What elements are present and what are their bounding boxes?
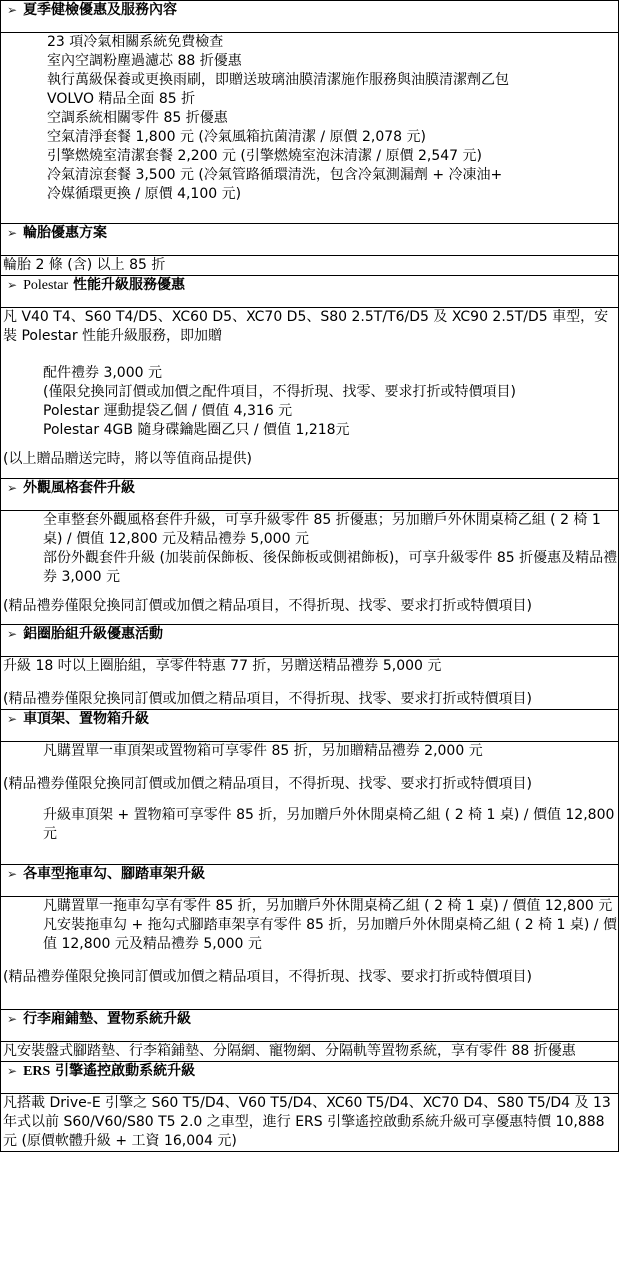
list-item: 全車整套外觀風格套件升級，可享升級零件 85 折優惠；另加贈戶外休閒桌椅乙組 (… <box>3 511 618 549</box>
section-header-ers: ➢ERS 引擎遙控啟動系統升級 <box>1 1062 619 1094</box>
arrow-bullet-icon: ➢ <box>7 481 17 495</box>
section-body-roof-rack: 凡購置單一車頂架或置物箱可享零件 85 折，另加贈精品禮券 2,000 元 (精… <box>1 742 619 865</box>
arrow-bullet-icon: ➢ <box>7 226 17 240</box>
section-body-tire: 輪胎 2 條 (含) 以上 85 折 <box>1 256 619 276</box>
section-text: 輪胎 2 條 (含) 以上 85 折 <box>3 257 165 273</box>
section-header-tow-hook: ➢各車型拖車勾、腳踏車架升級 <box>1 865 619 897</box>
section-title-prefix: ERS <box>23 1064 50 1079</box>
section-header-cargo-system: ➢行李廂鋪墊、置物系統升級 <box>1 1010 619 1042</box>
list-item: 冷媒循環更換 / 原價 4,100 元) <box>7 185 618 204</box>
section-body-ers: 凡搭載 Drive-E 引擎之 S60 T5/D4、V60 T5/D4、XC60… <box>1 1094 619 1152</box>
list-item: 空氣清淨套餐 1,800 元 (冷氣風箱抗菌清潔 / 原價 2,078 元) <box>7 128 618 147</box>
arrow-bullet-icon: ➢ <box>7 712 17 726</box>
section-note: (以上贈品贈送完時，將以等值商品提供) <box>3 450 618 469</box>
list-item: 部份外觀套件升級 (加裝前保飾板、後保飾板或側裙飾板)，可享升級零件 85 折優… <box>3 549 618 587</box>
section-title: 各車型拖車勾、腳踏車架升級 <box>23 866 205 882</box>
list-item: Polestar 運動提袋乙個 / 價值 4,316 元 <box>3 402 618 421</box>
list-item: 執行萬級保養或更換雨刷，即贈送玻璃油膜清潔施作服務與油膜清潔劑乙包 <box>7 71 618 90</box>
section-text: 凡搭載 Drive-E 引擎之 S60 T5/D4、V60 T5/D4、XC60… <box>3 1094 618 1151</box>
section-header-alloy-wheels: ➢鋁圈胎組升級優惠活動 <box>1 625 619 657</box>
arrow-bullet-icon: ➢ <box>7 627 17 641</box>
list-item: VOLVO 精品全面 85 折 <box>7 90 618 109</box>
section-title: 車頂架、置物箱升級 <box>23 711 149 727</box>
list-item: 凡購置單一車頂架或置物箱可享零件 85 折，另加贈精品禮券 2,000 元 <box>3 742 618 761</box>
section-note: (精品禮券僅限兌換同訂價或加價之精品項目，不得折現、找零、要求打折或特價項目) <box>3 775 618 794</box>
section-text: 凡安裝盤式腳踏墊、行李箱鋪墊、分隔網、寵物網、分隔軌等置物系統，享有零件 88 … <box>3 1042 618 1061</box>
list-item: 凡購置單一拖車勾享有零件 85 折，另加贈戶外休閒桌椅乙組 ( 2 椅 1 桌)… <box>3 897 618 916</box>
list-item: (僅限兌換同訂價或加價之配件項目，不得折現、找零、要求打折或特價項目) <box>3 383 618 402</box>
arrow-bullet-icon: ➢ <box>7 867 17 881</box>
section-header-roof-rack: ➢車頂架、置物箱升級 <box>1 710 619 742</box>
section-intro: 凡 V40 T4、S60 T4/D5、XC60 D5、XC70 D5、S80 2… <box>3 308 618 346</box>
section-header-summer-checkup: ➢夏季健檢優惠及服務內容 <box>1 1 619 33</box>
section-title: 鋁圈胎組升級優惠活動 <box>23 626 163 642</box>
section-body-exterior-kit: 全車整套外觀風格套件升級，可享升級零件 85 折優惠；另加贈戶外休閒桌椅乙組 (… <box>1 511 619 625</box>
section-note: (精品禮券僅限兌換同訂價或加價之精品項目，不得折現、找零、要求打折或特價項目) <box>3 968 618 987</box>
section-body-alloy-wheels: 升級 18 吋以上圈胎組，享零件特惠 77 折，另贈送精品禮券 5,000 元 … <box>1 657 619 710</box>
section-title: 夏季健檢優惠及服務內容 <box>23 2 177 18</box>
section-text: 升級 18 吋以上圈胎組，享零件特惠 77 折，另贈送精品禮券 5,000 元 <box>3 657 618 676</box>
arrow-bullet-icon: ➢ <box>7 1064 17 1078</box>
section-title: 外觀風格套件升級 <box>23 480 135 496</box>
section-header-tire: ➢輪胎優惠方案 <box>1 224 619 256</box>
section-header-polestar: ➢Polestar 性能升級服務優惠 <box>1 276 619 308</box>
section-note: (精品禮券僅限兌換同訂價或加價之精品項目，不得折現、找零、要求打折或特價項目) <box>3 690 618 709</box>
section-title-prefix: Polestar <box>23 278 68 293</box>
section-body-polestar: 凡 V40 T4、S60 T4/D5、XC60 D5、XC70 D5、S80 2… <box>1 308 619 479</box>
list-item: 凡安裝拖車勾 + 拖勾式腳踏車架享有零件 85 折，另加贈戶外休閒桌椅乙組 ( … <box>3 916 618 954</box>
section-title: 輪胎優惠方案 <box>23 225 107 241</box>
section-header-exterior-kit: ➢外觀風格套件升級 <box>1 479 619 511</box>
section-title: 行李廂鋪墊、置物系統升級 <box>23 1011 191 1027</box>
list-item: 室內空調粉塵過濾芯 88 折優惠 <box>7 52 618 71</box>
list-item: 23 項冷氣相關系統免費檢查 <box>7 33 618 52</box>
list-item: 空調系統相關零件 85 折優惠 <box>7 109 618 128</box>
list-item: 引擎燃燒室清潔套餐 2,200 元 (引擎燃燒室泡沫清潔 / 原價 2,547 … <box>7 147 618 166</box>
promotion-table: ➢夏季健檢優惠及服務內容 23 項冷氣相關系統免費檢查 室內空調粉塵過濾芯 88… <box>0 0 619 1152</box>
list-item: 配件禮券 3,000 元 <box>3 364 618 383</box>
arrow-bullet-icon: ➢ <box>7 278 17 292</box>
list-item: 冷氣清涼套餐 3,500 元 (冷氣管路循環清洗，包含冷氣測漏劑 + 冷凍油+ <box>7 166 618 185</box>
section-title: 引擎遙控啟動系統升級 <box>55 1063 195 1079</box>
section-body-cargo-system: 凡安裝盤式腳踏墊、行李箱鋪墊、分隔網、寵物網、分隔軌等置物系統，享有零件 88 … <box>1 1042 619 1062</box>
arrow-bullet-icon: ➢ <box>7 3 17 17</box>
section-body-summer-checkup: 23 項冷氣相關系統免費檢查 室內空調粉塵過濾芯 88 折優惠 執行萬級保養或更… <box>1 33 619 224</box>
list-item: 升級車頂架 + 置物箱可享零件 85 折，另加贈戶外休閒桌椅乙組 ( 2 椅 1… <box>3 806 618 844</box>
section-body-tow-hook: 凡購置單一拖車勾享有零件 85 折，另加贈戶外休閒桌椅乙組 ( 2 椅 1 桌)… <box>1 897 619 1010</box>
section-note: (精品禮券僅限兌換同訂價或加價之精品項目，不得折現、找零、要求打折或特價項目) <box>3 597 618 616</box>
section-title: 性能升級服務優惠 <box>73 277 185 293</box>
arrow-bullet-icon: ➢ <box>7 1012 17 1026</box>
list-item: Polestar 4GB 隨身碟鑰匙圈乙只 / 價值 1,218元 <box>3 421 618 440</box>
